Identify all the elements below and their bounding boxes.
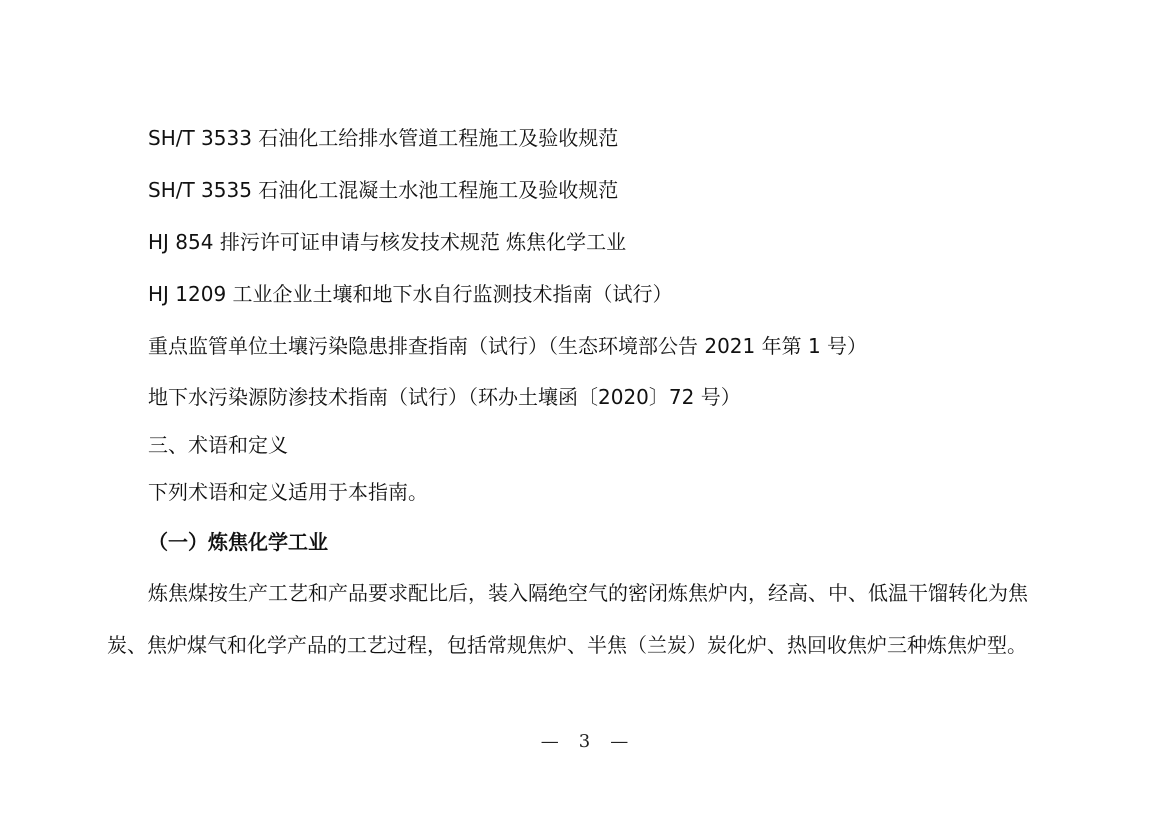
footer-dash-left: — (541, 731, 559, 752)
subsection-heading: （一）炼焦化学工业 (148, 528, 328, 556)
reference-hj-1209: HJ 1209 工业企业土壤和地下水自行监测技术指南（试行） (148, 280, 673, 308)
reference-groundwater-guide: 地下水污染源防渗技术指南（试行）（环办土壤函〔2020〕72 号） (148, 383, 741, 411)
page-number: 3 (579, 731, 590, 752)
reference-sh-t-3533: SH/T 3533 石油化工给排水管道工程施工及验收规范 (148, 124, 618, 152)
definition-paragraph-line-1: 炼焦煤按生产工艺和产品要求配比后，装入隔绝空气的密闭炼焦炉内，经高、中、低温干馏… (148, 579, 1028, 607)
footer-dash-right: — (610, 731, 628, 752)
reference-hj-854: HJ 854 排污许可证申请与核发技术规范 炼焦化学工业 (148, 228, 626, 256)
section-heading: 三、术语和定义 (148, 431, 288, 459)
reference-soil-pollution-guide: 重点监管单位土壤污染隐患排查指南（试行）（生态环境部公告 2021 年第 1 号… (148, 332, 867, 360)
section-intro: 下列术语和定义适用于本指南。 (148, 478, 428, 506)
definition-paragraph-line-2: 炭、焦炉煤气和化学产品的工艺过程，包括常规焦炉、半焦（兰炭）炭化炉、热回收焦炉三… (107, 631, 1027, 659)
page-footer: —3— (0, 731, 1169, 752)
reference-sh-t-3535: SH/T 3535 石油化工混凝土水池工程施工及验收规范 (148, 176, 618, 204)
